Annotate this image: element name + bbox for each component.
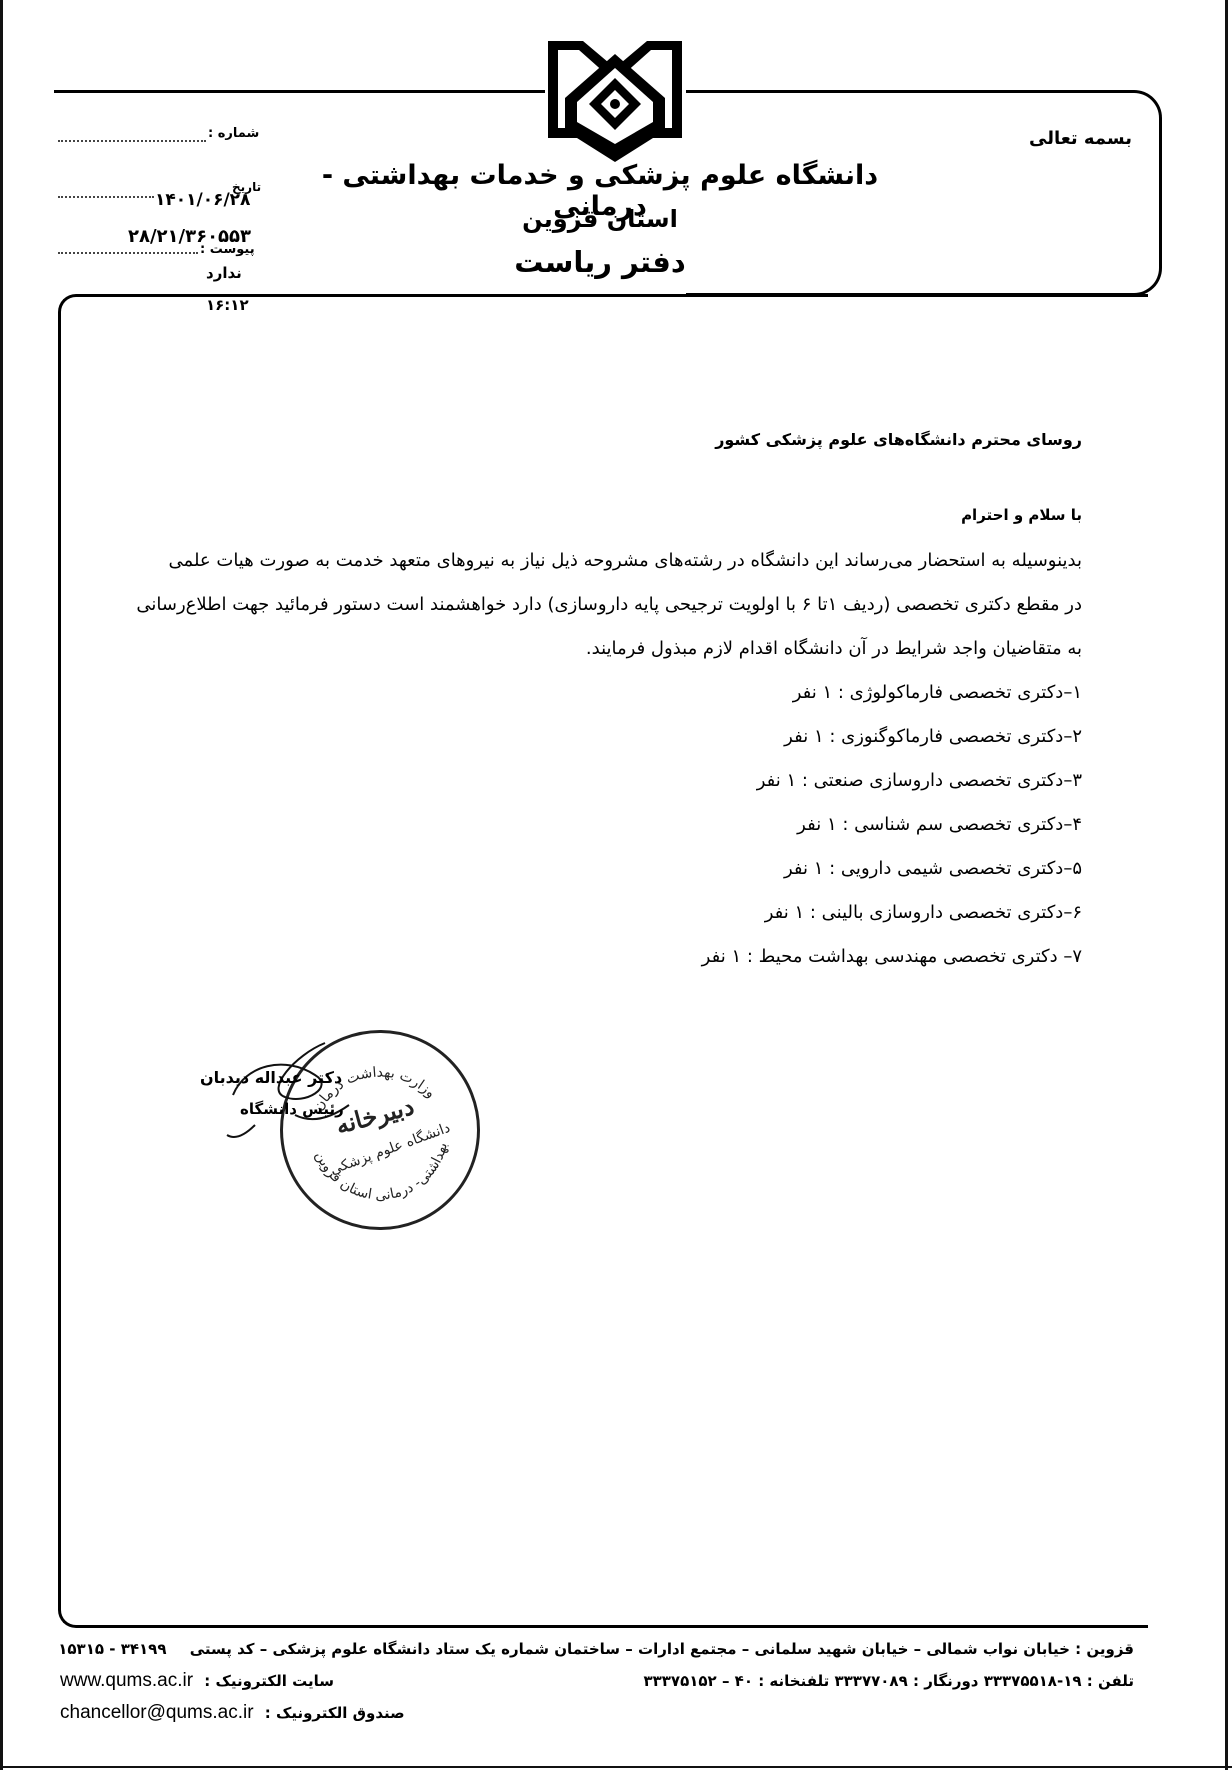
attachment-label: پیوست :: [200, 242, 255, 257]
address-text: قزوین : خیابان نواب شمالی – خیابان شهید …: [190, 1640, 1134, 1658]
province-name: استان قزوین: [290, 205, 910, 233]
footer-email-row: chancellor@qums.ac.ir صندوق الکترونیک :: [60, 1702, 405, 1724]
footer-phone: تلفن : ۱۹-۳۳۳۷۵۵۱۸ دورنگار : ۳۳۳۷۷۰۸۹ تل…: [643, 1672, 1134, 1690]
footer-website-row: www.qums.ac.ir سایت الکترونیک :: [60, 1670, 334, 1692]
paragraph-line: به متقاضیان واجد شرایط در آن دانشگاه اقد…: [586, 638, 1082, 659]
paragraph-line: بدینوسیله به استحضار می‌رساند این دانشگا…: [112, 550, 1082, 571]
signer-name: دکتر عبداله دیدبان: [200, 1068, 342, 1087]
attachment-value: ندارد: [206, 264, 242, 282]
postal-code: ۳۴۱۹۹ - ۱۵۳۱۵: [58, 1640, 166, 1658]
list-item: ۴–دکتری تخصصی سم شناسی : ۱ نفر: [797, 814, 1082, 835]
list-item: ۵–دکتری تخصصی شیمی دارویی : ۱ نفر: [784, 858, 1082, 879]
signer-title: رئیس دانشگاه: [240, 1100, 344, 1118]
handwritten-signature-icon: [225, 1035, 355, 1145]
university-emblem-icon: [545, 38, 685, 164]
scan-border-bottom: [0, 1766, 1232, 1768]
email-label: صندوق الکترونیک :: [265, 1704, 405, 1722]
list-item: ۲–دکتری تخصصی فارماکوگنوزی : ۱ نفر: [784, 726, 1082, 747]
header-rule-left: [54, 90, 546, 93]
website-label: سایت الکترونیک :: [204, 1672, 334, 1690]
number-dotted-line: [58, 140, 206, 142]
recipient: روسای محترم دانشگاه‌های علوم پزشکی کشور: [715, 430, 1082, 449]
date-dotted-line: [58, 196, 154, 198]
basmala: بسمه تعالی: [1029, 128, 1132, 149]
time-value: ۱۶:۱۲: [206, 296, 249, 314]
date-value: ۱۴۰۱/۰۶/۲۸: [155, 190, 250, 210]
list-item: ۱–دکتری تخصصی فارماکولوژی : ۱ نفر: [793, 682, 1082, 703]
website-link[interactable]: www.qums.ac.ir: [60, 1670, 193, 1691]
attachment-dotted-line: [58, 252, 198, 254]
paragraph-line: در مقطع دکتری تخصصی (ردیف ۱تا ۶ با اولوی…: [112, 594, 1082, 615]
greeting: با سلام و احترام: [961, 506, 1082, 524]
list-item: ۳–دکتری تخصصی داروسازی صنعتی : ۱ نفر: [757, 770, 1082, 791]
scan-border-right: [1225, 0, 1228, 1770]
number-label: شماره :: [208, 126, 259, 141]
list-item: ۷– دکتری تخصصی مهندسی بهداشت محیط : ۱ نف…: [702, 946, 1082, 967]
email-link[interactable]: chancellor@qums.ac.ir: [60, 1702, 254, 1723]
scan-border-left: [0, 0, 3, 1770]
office-name: دفتر ریاست: [290, 245, 910, 279]
footer-address: قزوین : خیابان نواب شمالی – خیابان شهید …: [58, 1640, 1134, 1658]
list-item: ۶–دکتری تخصصی داروسازی بالینی : ۱ نفر: [765, 902, 1082, 923]
